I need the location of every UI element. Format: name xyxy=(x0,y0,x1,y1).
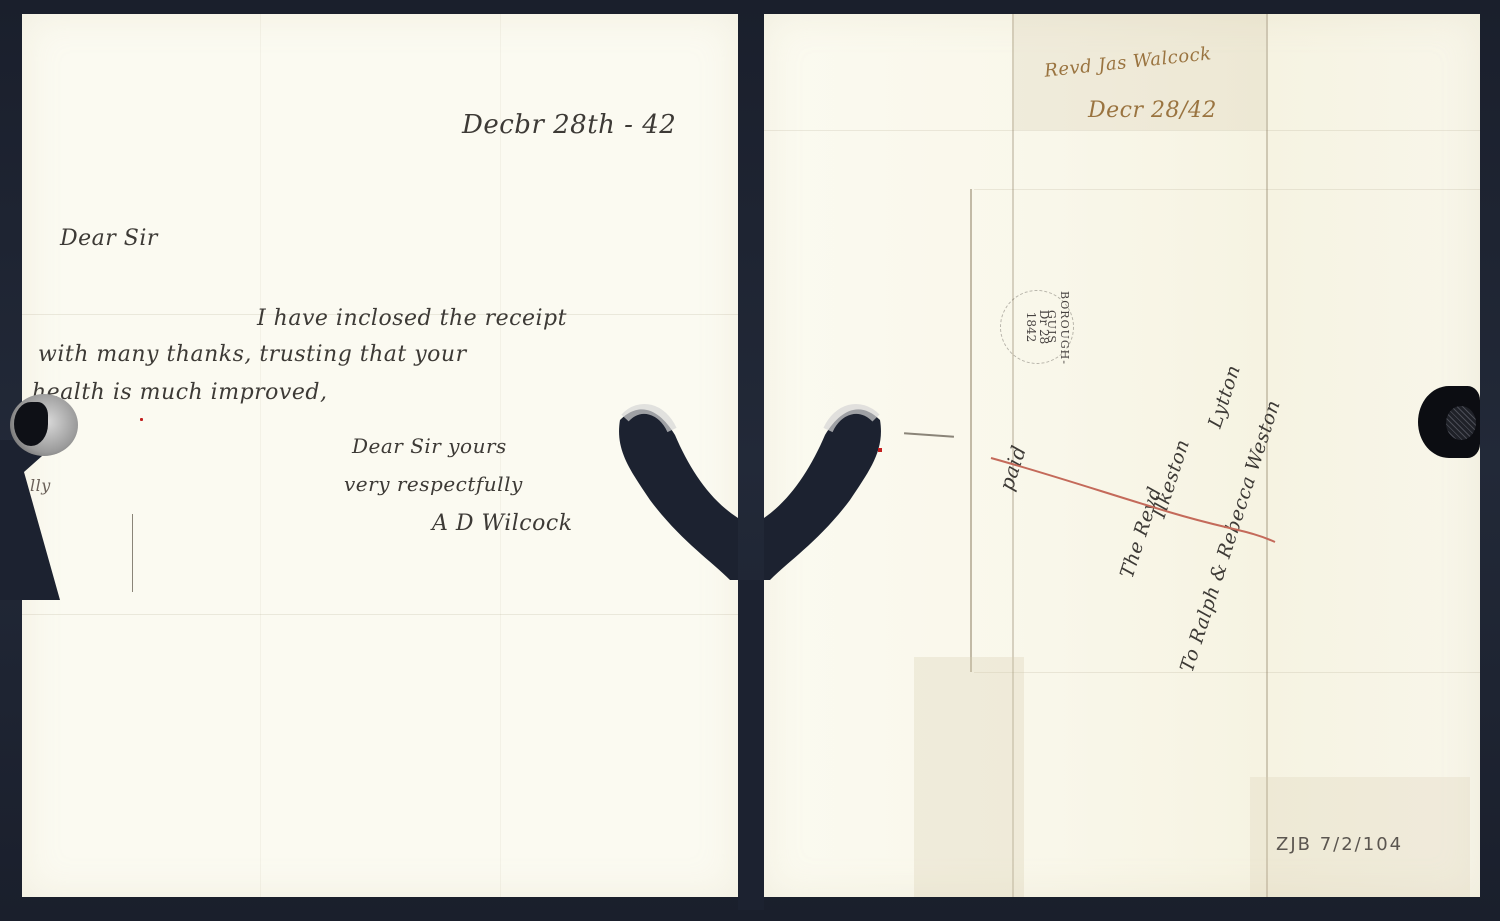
stain xyxy=(914,657,1024,897)
letter-salutation: Dear Sir xyxy=(60,226,158,251)
letter-signature: A D Wilcock xyxy=(432,511,573,536)
letter-body-line-3: health is much improved, xyxy=(32,380,327,405)
seal-tear-center xyxy=(600,390,920,910)
letter-body-line-2: with many thanks, trusting that your xyxy=(38,342,467,367)
docket-date: Decr 28/42 xyxy=(1088,98,1217,123)
postmark-ring-text: BOROUGH-GUIS xyxy=(1045,291,1071,363)
red-crayon-stroke xyxy=(989,454,1279,544)
fold-line xyxy=(974,672,1480,673)
letter-closing-line-2: very respectfully xyxy=(344,472,523,496)
seal-crosshatch-icon xyxy=(1446,406,1476,440)
tear-edge-line xyxy=(132,514,133,592)
wax-seal-remnant-dark xyxy=(14,402,48,446)
address-line-4: Lytton xyxy=(1204,362,1245,431)
postmark: BOROUGH-GUIS Dr 28 1842 xyxy=(1000,290,1074,364)
letter-date: Decbr 28th - 42 xyxy=(462,110,676,140)
letter-closing-line-1: Dear Sir yours xyxy=(352,434,507,458)
margin-fragment: lly xyxy=(30,476,51,495)
postmark-year: 1842 xyxy=(1024,310,1037,344)
red-wax-speck xyxy=(140,418,143,421)
archive-reference: ZJB 7/2/104 xyxy=(1276,834,1403,855)
fold-line xyxy=(764,130,1480,131)
fold-line xyxy=(970,189,972,672)
letter-body-line-1: I have inclosed the receipt xyxy=(257,306,567,331)
fold-line xyxy=(974,189,1480,190)
fold-line xyxy=(260,14,261,897)
